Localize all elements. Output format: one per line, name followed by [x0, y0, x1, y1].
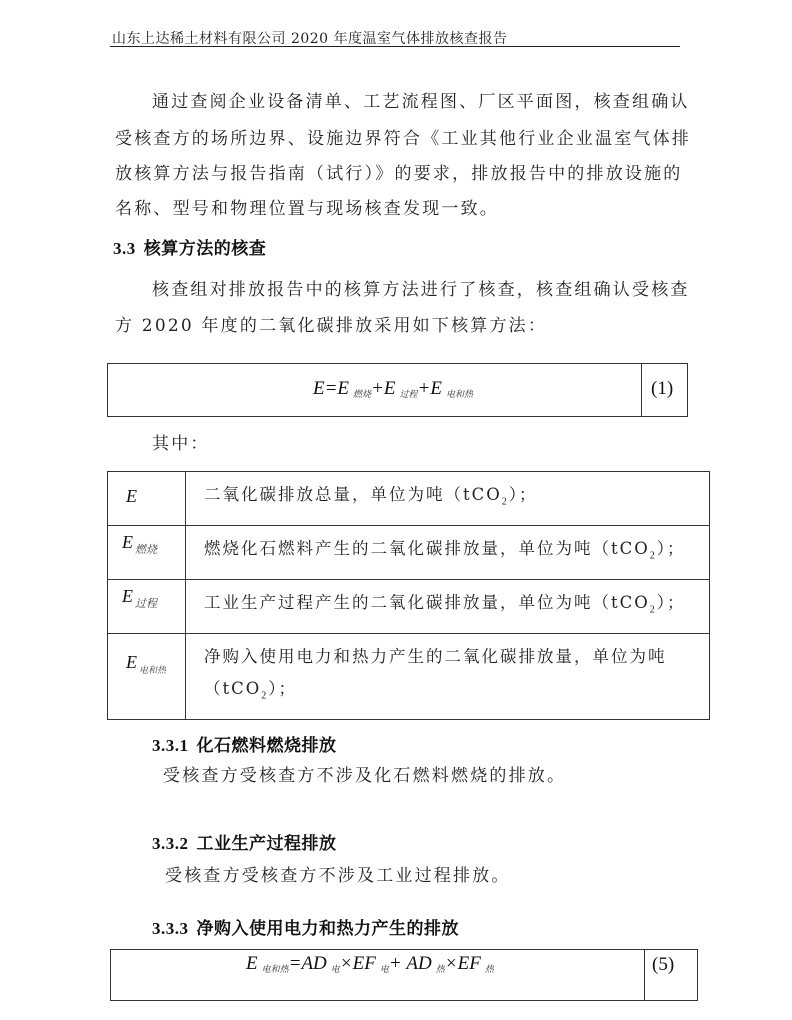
description-cell: 二氧化碳排放总量，单位为吨（tCO2）；: [186, 472, 710, 526]
symbol-cell: E燃烧: [108, 526, 186, 580]
table-row: E过程 工业生产过程产生的二氧化碳排放量，单位为吨（tCO2）；: [108, 580, 710, 634]
section-number: 3.3: [113, 239, 136, 258]
formula-5-expression: E电和热=AD电×EF电+ AD热×EF热: [246, 953, 494, 975]
formula-1-divider: [641, 364, 642, 416]
intro-line-1: 通过查阅企业设备清单、工艺流程图、厂区平面图，核查组确认: [152, 84, 690, 121]
section-heading-3-3: 3.3核算方法的核查: [113, 234, 266, 259]
section-3-3-2-text: 受核查方受核查方不涉及工业过程排放。: [165, 858, 511, 895]
description-cell: 燃烧化石燃料产生的二氧化碳排放量，单位为吨（tCO2）；: [186, 526, 710, 580]
description-cell: 工业生产过程产生的二氧化碳排放量，单位为吨（tCO2）；: [186, 580, 710, 634]
intro-line-4: 名称、型号和物理位置与现场核查发现一致。: [115, 191, 499, 228]
document-header: 山东上达稀土材料有限公司 2020 年度温室气体排放核查报告: [112, 28, 508, 48]
table-row: E电和热 净购入使用电力和热力产生的二氧化碳排放量，单位为吨 （tCO2）；: [108, 634, 710, 720]
header-divider: [110, 46, 680, 47]
formula-5-box: E电和热=AD电×EF电+ AD热×EF热 (5): [110, 949, 698, 1001]
symbol-cell: E电和热: [108, 634, 186, 720]
description-cell: 净购入使用电力和热力产生的二氧化碳排放量，单位为吨 （tCO2）；: [186, 634, 710, 720]
formula-5-divider: [644, 950, 645, 1000]
formula-1-box: E=E燃烧+E过程+E电和热 (1): [107, 363, 688, 417]
definitions-table: E 二氧化碳排放总量，单位为吨（tCO2）； E燃烧 燃烧化石燃料产生的二氧化碳…: [107, 471, 710, 720]
formula-1-number: (1): [651, 378, 673, 400]
section-3-3-line-2: 方 2020 年度的二氧化碳排放采用如下核算方法：: [115, 308, 547, 345]
formula-1-expression: E=E燃烧+E过程+E电和热: [313, 378, 473, 400]
intro-line-2: 受核查方的场所边界、设施边界符合《工业其他行业企业温室气体排: [115, 121, 691, 158]
table-row: E 二氧化碳排放总量，单位为吨（tCO2）；: [108, 472, 710, 526]
table-row: E燃烧 燃烧化石燃料产生的二氧化碳排放量，单位为吨（tCO2）；: [108, 526, 710, 580]
symbol-cell: E: [108, 472, 186, 526]
section-heading-3-3-1: 3.3.1化石燃料燃烧排放: [152, 731, 337, 756]
section-heading-3-3-2: 3.3.2工业生产过程排放: [152, 829, 337, 854]
section-heading-3-3-3: 3.3.3净购入使用电力和热力产生的排放: [152, 914, 459, 939]
symbol-cell: E过程: [108, 580, 186, 634]
where-label: 其中：: [152, 426, 210, 463]
intro-line-3: 放核算方法与报告指南（试行）》的要求，排放报告中的排放设施的: [115, 156, 683, 193]
section-3-3-1-text: 受核查方受核查方不涉及化石燃料燃烧的排放。: [163, 758, 566, 795]
section-3-3-line-1: 核查组对排放报告中的核算方法进行了核查，核查组确认受核查: [152, 272, 690, 309]
section-title: 核算方法的核查: [144, 239, 267, 259]
formula-5-number: (5): [652, 954, 674, 976]
